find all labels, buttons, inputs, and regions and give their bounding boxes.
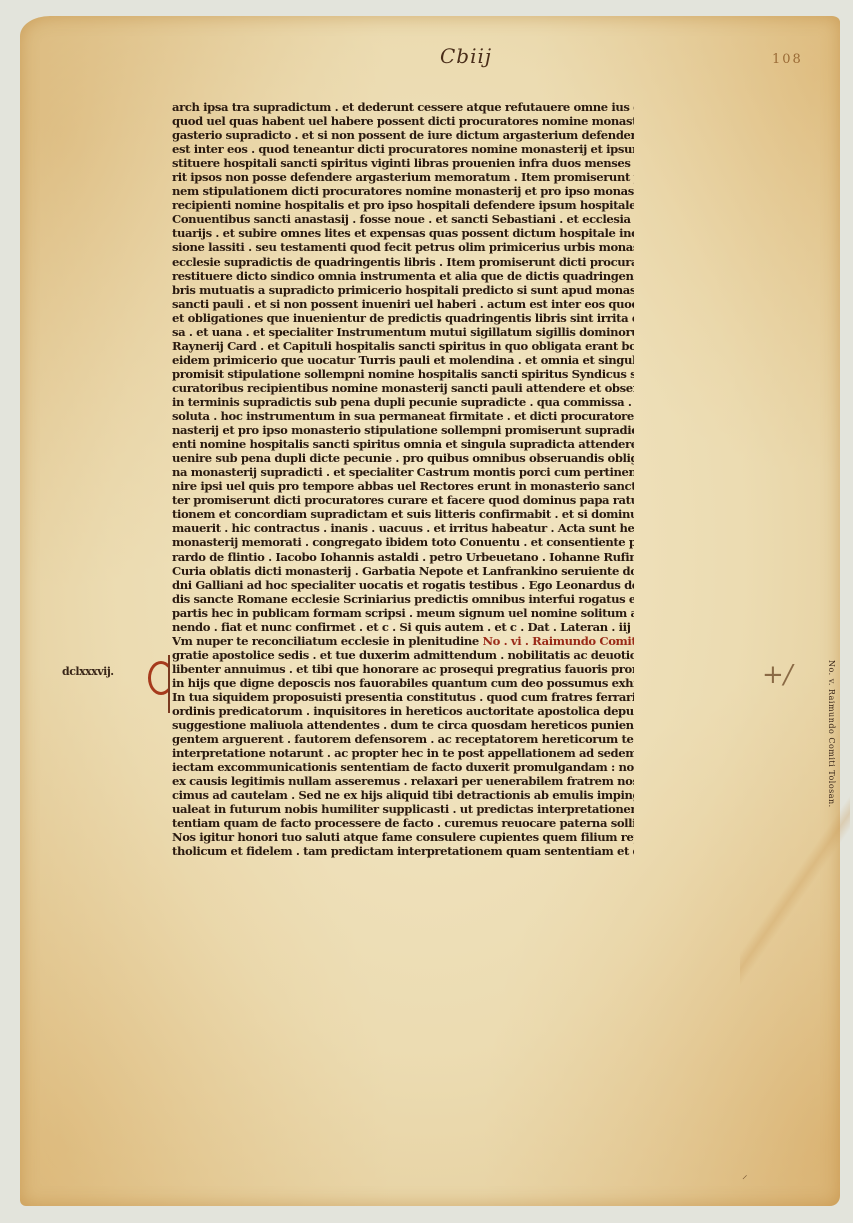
text-line: ex causis legitimis nullam asseremus . r…: [172, 774, 634, 788]
rubric-heading: No . vi . Raimundo Comiti Tolosan .: [479, 634, 634, 648]
text-line: sione lassiti . seu testamenti quod feci…: [172, 240, 634, 254]
text-line: sa . et uana . et specialiter Instrument…: [172, 325, 634, 339]
text-line: nem stipulationem dicti procuratores nom…: [172, 184, 634, 198]
initial-flourish: [168, 655, 170, 713]
text-line: quod uel quas habent uel habere possent …: [172, 114, 634, 128]
right-margin-vertical-note: No. v. Raimundo Comiti Tolosan.: [826, 660, 836, 808]
text-line: libenter annuimus . et tibi que honorare…: [172, 662, 634, 676]
left-margin-note: dclxxxvij.: [62, 665, 114, 678]
text-line: nendo . fiat et nunc confirmet . et c . …: [172, 620, 634, 634]
text-line: eidem primicerio que uocatur Turris paul…: [172, 353, 634, 367]
text-line: rit ipsos non posse defendere argasteriu…: [172, 170, 634, 184]
text-line: in terminis supradictis sub pena dupli p…: [172, 395, 634, 409]
text-line: nire ipsi uel quis pro tempore abbas uel…: [172, 479, 634, 493]
text-line: dis sancte Romane ecclesie Scriniarius p…: [172, 592, 634, 606]
text-line: bris mutuatis a supradicto primicerio ho…: [172, 283, 634, 297]
text-line: suggestione maliuola attendentes . dum t…: [172, 718, 634, 732]
manuscript-text-block: arch ipsa tra supradictum . et dederunt …: [172, 100, 634, 859]
text-line: gasterio supradicto . et si non possent …: [172, 128, 634, 142]
text-line: ter promiserunt dicti procuratores curar…: [172, 493, 634, 507]
text-line: ualeat in futurum nobis humiliter suppli…: [172, 802, 634, 816]
initial-bowl: [148, 661, 174, 695]
text-line: tuarijs . et subire omnes lites et expen…: [172, 226, 634, 240]
parchment-crease: [740, 796, 850, 986]
text-line: mauerit . hic contractus . inanis . uacu…: [172, 521, 634, 535]
text-line: Nos igitur honori tuo saluti atque fame …: [172, 830, 634, 844]
text-line: partis hec in publicam formam scripsi . …: [172, 606, 634, 620]
text-line: na monasterij supradicti . et specialite…: [172, 465, 634, 479]
text-line: Curia oblatis dicti monasterij . Garbati…: [172, 564, 634, 578]
text-line: Conuentibus sancti anastasij . fosse nou…: [172, 212, 634, 226]
text-line: interpretatione notarunt . ac propter he…: [172, 746, 634, 760]
text-line: soluta . hoc instrumentum in sua permane…: [172, 409, 634, 423]
text-line: curatoribus recipientibus nomine monaste…: [172, 381, 634, 395]
text-line: ordinis predicatorum . inquisitores in h…: [172, 704, 634, 718]
text-line: arch ipsa tra supradictum . et dederunt …: [172, 100, 634, 114]
text-line: enti nomine hospitalis sancti spiritus o…: [172, 437, 634, 451]
folio-number: 108: [772, 52, 803, 67]
text-line: nasterij et pro ipso monasterio stipulat…: [172, 423, 634, 437]
text-line: In tua siquidem proposuisti presentia co…: [172, 690, 634, 704]
text-line: et obligationes que inuenientur de predi…: [172, 311, 634, 325]
text-line: est inter eos . quod teneantur dicti pro…: [172, 142, 634, 156]
text-line: Vm nuper te reconciliatum ecclesie in pl…: [172, 634, 634, 648]
text-line: ecclesie supradictis de quadringentis li…: [172, 255, 634, 269]
text-line: tionem et concordiam supradictam et suis…: [172, 507, 634, 521]
stray-ink-mark: ⸍: [742, 1172, 748, 1187]
right-margin-cross-mark: +/: [762, 660, 793, 690]
text-line: Raynerij Card . et Capituli hospitalis s…: [172, 339, 634, 353]
text-line: recipienti nomine hospitalis et pro ipso…: [172, 198, 634, 212]
folio-roman-numeral: Cbiij: [440, 44, 492, 68]
text-line: tholicum et fidelem . tam predictam inte…: [172, 844, 634, 858]
text-line: in hijs que digne deposcis nos fauorabil…: [172, 676, 634, 690]
text-line: dni Galliani ad hoc specialiter uocatis …: [172, 578, 634, 592]
text-line: iectam excommunicationis sententiam de f…: [172, 760, 634, 774]
text-line: tentiam quam de facto processere de fact…: [172, 816, 634, 830]
decorated-initial-c: [148, 661, 170, 695]
text-line: promisit stipulatione sollempni nomine h…: [172, 367, 634, 381]
text-line: restituere dicto sindico omnia instrumen…: [172, 269, 634, 283]
text-line: gratie apostolice sedis . et tue duxerim…: [172, 648, 634, 662]
text-line: sancti pauli . et si non possent inuenir…: [172, 297, 634, 311]
text-line: rardo de flintio . Iacobo Iohannis astal…: [172, 550, 634, 564]
text-line: uenire sub pena dupli dicte pecunie . pr…: [172, 451, 634, 465]
text-line: stituere hospitali sancti spiritus vigin…: [172, 156, 634, 170]
text-line: monasterij memorati . congregato ibidem …: [172, 535, 634, 549]
text-line: gentem arguerent . fautorem defensorem .…: [172, 732, 634, 746]
text-line: cimus ad cautelam . Sed ne ex hijs aliqu…: [172, 788, 634, 802]
